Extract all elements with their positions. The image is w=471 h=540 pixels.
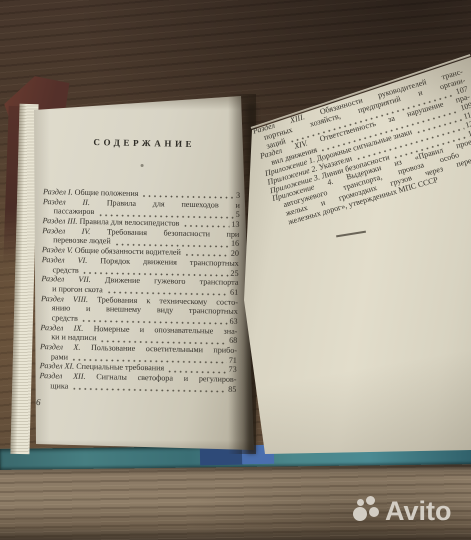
toc-entry-label: Раздел IV. (42, 226, 90, 236)
dot-leader (184, 225, 229, 228)
page-number-folio: 146 (27, 397, 236, 411)
toc-entry-label: Раздел IX. (40, 323, 83, 333)
avito-dots-logo-icon (352, 496, 384, 526)
toc-header: СОДЕРЖАНИЕ (44, 136, 241, 150)
toc-entry-label: Раздел XII. (39, 371, 85, 381)
avito-watermark-text: Avito (385, 492, 452, 530)
photo-open-book-scene: СОДЕРЖАНИЕ Раздел I. Общие положения3Раз… (0, 0, 471, 540)
toc-line-text: рами (51, 352, 68, 362)
toc-entry-label: Раздел I. (43, 187, 73, 197)
toc-entry-label: Раздел VI. (42, 255, 88, 265)
ornament-dot (141, 164, 144, 167)
left-page: СОДЕРЖАНИЕ Раздел I. Общие положения3Раз… (28, 92, 258, 456)
toc-entry-label: Раздел VIII. (41, 294, 88, 304)
toc-left-list: Раздел I. Общие положения3Раздел II. Пра… (39, 187, 240, 394)
toc-entry-label: Раздел III. (42, 216, 77, 226)
avito-watermark: Avito (352, 494, 466, 534)
toc-line-text: средств (52, 265, 78, 275)
toc-line-text: средств (52, 313, 78, 323)
toc-entry-label: Раздел V. (42, 245, 73, 255)
dot-leader (73, 388, 226, 393)
dot-leader (169, 370, 226, 373)
toc-line-text: щика (50, 381, 68, 391)
left-page-content: СОДЕРЖАНИЕ Раздел I. Общие положения3Раз… (21, 90, 258, 458)
toc-entry-label: Раздел XI. (40, 361, 75, 371)
toc-entry-label: Раздел II. (43, 197, 90, 207)
toc-entry-label: Раздел VII. (41, 274, 91, 284)
dot-leader (186, 254, 229, 257)
toc-entry-label: Раздел X. (40, 342, 81, 352)
